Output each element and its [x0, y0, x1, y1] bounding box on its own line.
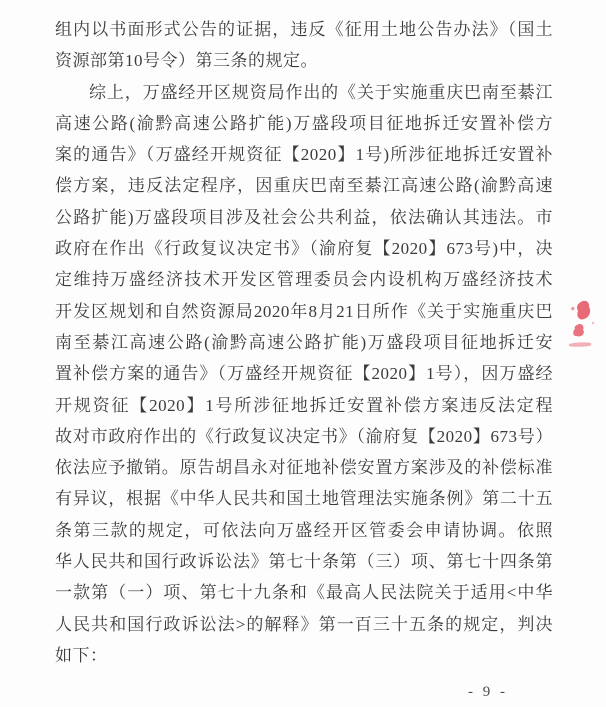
text-line: 高速公路(渝黔高速公路扩能)万盛段项目征地拆迁安置补偿方 [55, 108, 553, 139]
text-line: 依法应予撤销。原告胡昌永对征地补偿安置方案涉及的补偿标准 [55, 452, 553, 483]
text-line: 置补偿方案的通告》（万盛经开规资征【2020】1号），因万盛经 [55, 358, 553, 389]
text-line: 一款第（一）项、第七十九条和《最高人民法院关于适用<中华 [55, 577, 553, 608]
page-number: - 9 - [468, 684, 508, 701]
text-line: 有异议，根据《中华人民共和国土地管理法实施条例》第二十五 [55, 483, 553, 514]
document-page: 组内以书面形式公告的证据，违反《征用土地公告办法》（国土 资源部第10号令）第三… [0, 0, 606, 707]
text-line: 政府在作出《行政复议决定书》（渝府复【2020】673号)中，决 [55, 233, 553, 264]
text-line: 定维持万盛经济技术开发区管理委员会内设机构万盛经济技术 [55, 264, 553, 295]
text-line: 公路扩能)万盛段项目涉及社会公共利益，依法确认其违法。市 [55, 202, 553, 233]
text-line: 南至綦江高速公路(渝黔高速公路扩能)万盛段项目征地拆迁安 [55, 327, 553, 358]
text-line: 人民共和国行政诉讼法>的解释》第一百三十五条的规定，判决 [55, 609, 553, 640]
judgment-text-block: 组内以书面形式公告的证据，违反《征用土地公告办法》（国土 资源部第10号令）第三… [55, 14, 553, 671]
text-line: 故对市政府作出的《行政复议决定书》（渝府复【2020】673号） [55, 421, 553, 452]
text-line: 如下： [55, 640, 553, 671]
text-line: 组内以书面形式公告的证据，违反《征用土地公告办法》（国土 [55, 14, 553, 45]
text-line: 华人民共和国行政诉讼法》第七十条第（三）项、第七十四条第 [55, 546, 553, 577]
text-line: 条第三款的规定，可依法向万盛经开区管委会申请协调。依照《中 [55, 515, 553, 546]
text-line: 综上，万盛经开区规资局作出的《关于实施重庆巴南至綦江 [55, 77, 553, 108]
text-line: 开发区规划和自然资源局2020年8月21日所作《关于实施重庆巴 [55, 296, 553, 327]
text-line: 案的通告》（万盛经开规资征【2020】1号)所涉征地拆迁安置补 [55, 139, 553, 170]
text-line: 资源部第10号令）第三条的规定。 [55, 45, 553, 76]
text-line: 偿方案，违反法定程序，因重庆巴南至綦江高速公路(渝黔高速 [55, 170, 553, 201]
text-line: 开规资征【2020】1号所涉征地拆迁安置补偿方案违反法定程序， [55, 390, 553, 421]
red-stamp-mark-icon [564, 298, 598, 356]
